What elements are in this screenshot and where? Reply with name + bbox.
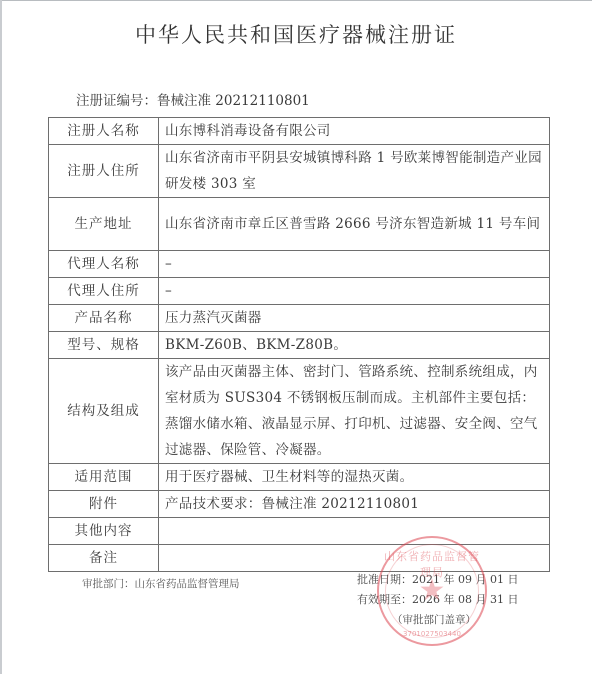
row-label: 代理人住所: [49, 278, 159, 305]
document-title: 中华人民共和国医疗器械注册证: [0, 19, 592, 49]
row-value: BKM-Z60B、BKM-Z80B。: [159, 332, 550, 359]
table-row: 代理人住所 –: [49, 278, 550, 305]
row-value: 山东省济南市平阴县安城镇博科路 1 号欧莱博智能制造产业园研发楼 303 室: [159, 145, 550, 198]
approval-date: 批准日期：2021 年 09 月 01 日: [357, 570, 518, 590]
row-value: 用于医疗器械、卫生材料等的湿热灭菌。: [159, 464, 550, 491]
certificate-table: 注册人名称 山东博科消毒设备有限公司 注册人住所 山东省济南市平阴县安城镇博科路…: [48, 117, 550, 572]
row-value: [159, 518, 550, 545]
valid-until-date: 有效期至：2026 年 08 月 31 日: [357, 590, 518, 610]
row-label: 附件: [49, 491, 159, 518]
row-label: 产品名称: [49, 305, 159, 332]
registration-number: 注册证编号：鲁械注准 20212110801: [76, 89, 310, 109]
row-value: –: [159, 251, 550, 278]
table-row: 适用范围 用于医疗器械、卫生材料等的湿热灭菌。: [49, 464, 550, 491]
approval-dates: 批准日期：2021 年 09 月 01 日 有效期至：2026 年 08 月 3…: [357, 570, 518, 610]
table-row: 生产地址 山东省济南市章丘区普雪路 2666 号济东智造新城 11 号车间: [49, 198, 550, 251]
row-label: 备注: [49, 545, 159, 572]
table-row: 附件 产品技术要求：鲁械注准 20212110801: [49, 491, 550, 518]
row-value: 山东省济南市章丘区普雪路 2666 号济东智造新城 11 号车间: [159, 198, 550, 251]
seal-note: （审批部门盖章）: [392, 612, 476, 627]
row-label: 型号、规格: [49, 332, 159, 359]
table-row: 注册人住所 山东省济南市平阴县安城镇博科路 1 号欧莱博智能制造产业园研发楼 3…: [49, 145, 550, 198]
registration-number-label: 注册证编号：: [76, 93, 157, 109]
row-value: [159, 545, 550, 572]
row-value: 产品技术要求：鲁械注准 20212110801: [159, 491, 550, 518]
row-label: 注册人住所: [49, 145, 159, 198]
table-row: 其他内容: [49, 518, 550, 545]
row-value: –: [159, 278, 550, 305]
row-label: 注册人名称: [49, 118, 159, 145]
row-value: 山东博科消毒设备有限公司: [159, 118, 550, 145]
table-row: 注册人名称 山东博科消毒设备有限公司: [49, 118, 550, 145]
page-edge: [0, 0, 2, 674]
table-row: 备注: [49, 545, 550, 572]
row-label: 其他内容: [49, 518, 159, 545]
registration-number-value: 鲁械注准 20212110801: [157, 93, 310, 109]
row-label: 结构及组成: [49, 359, 159, 464]
row-label: 代理人名称: [49, 251, 159, 278]
row-label: 适用范围: [49, 464, 159, 491]
table-row: 结构及组成 该产品由灭菌器主体、密封门、管路系统、控制系统组成，内室材质为 SU…: [49, 359, 550, 464]
table-row: 代理人名称 –: [49, 251, 550, 278]
row-label: 生产地址: [49, 198, 159, 251]
row-value: 压力蒸汽灭菌器: [159, 305, 550, 332]
table-row: 型号、规格 BKM-Z60B、BKM-Z80B。: [49, 332, 550, 359]
seal-code: 3701027503440: [379, 630, 485, 638]
page-edge: [0, 0, 592, 1]
table-row: 产品名称 压力蒸汽灭菌器: [49, 305, 550, 332]
approval-department: 审批部门：山东省药品监督管理局: [82, 576, 240, 591]
row-value: 该产品由灭菌器主体、密封门、管路系统、控制系统组成，内室材质为 SUS304 不…: [159, 359, 550, 464]
